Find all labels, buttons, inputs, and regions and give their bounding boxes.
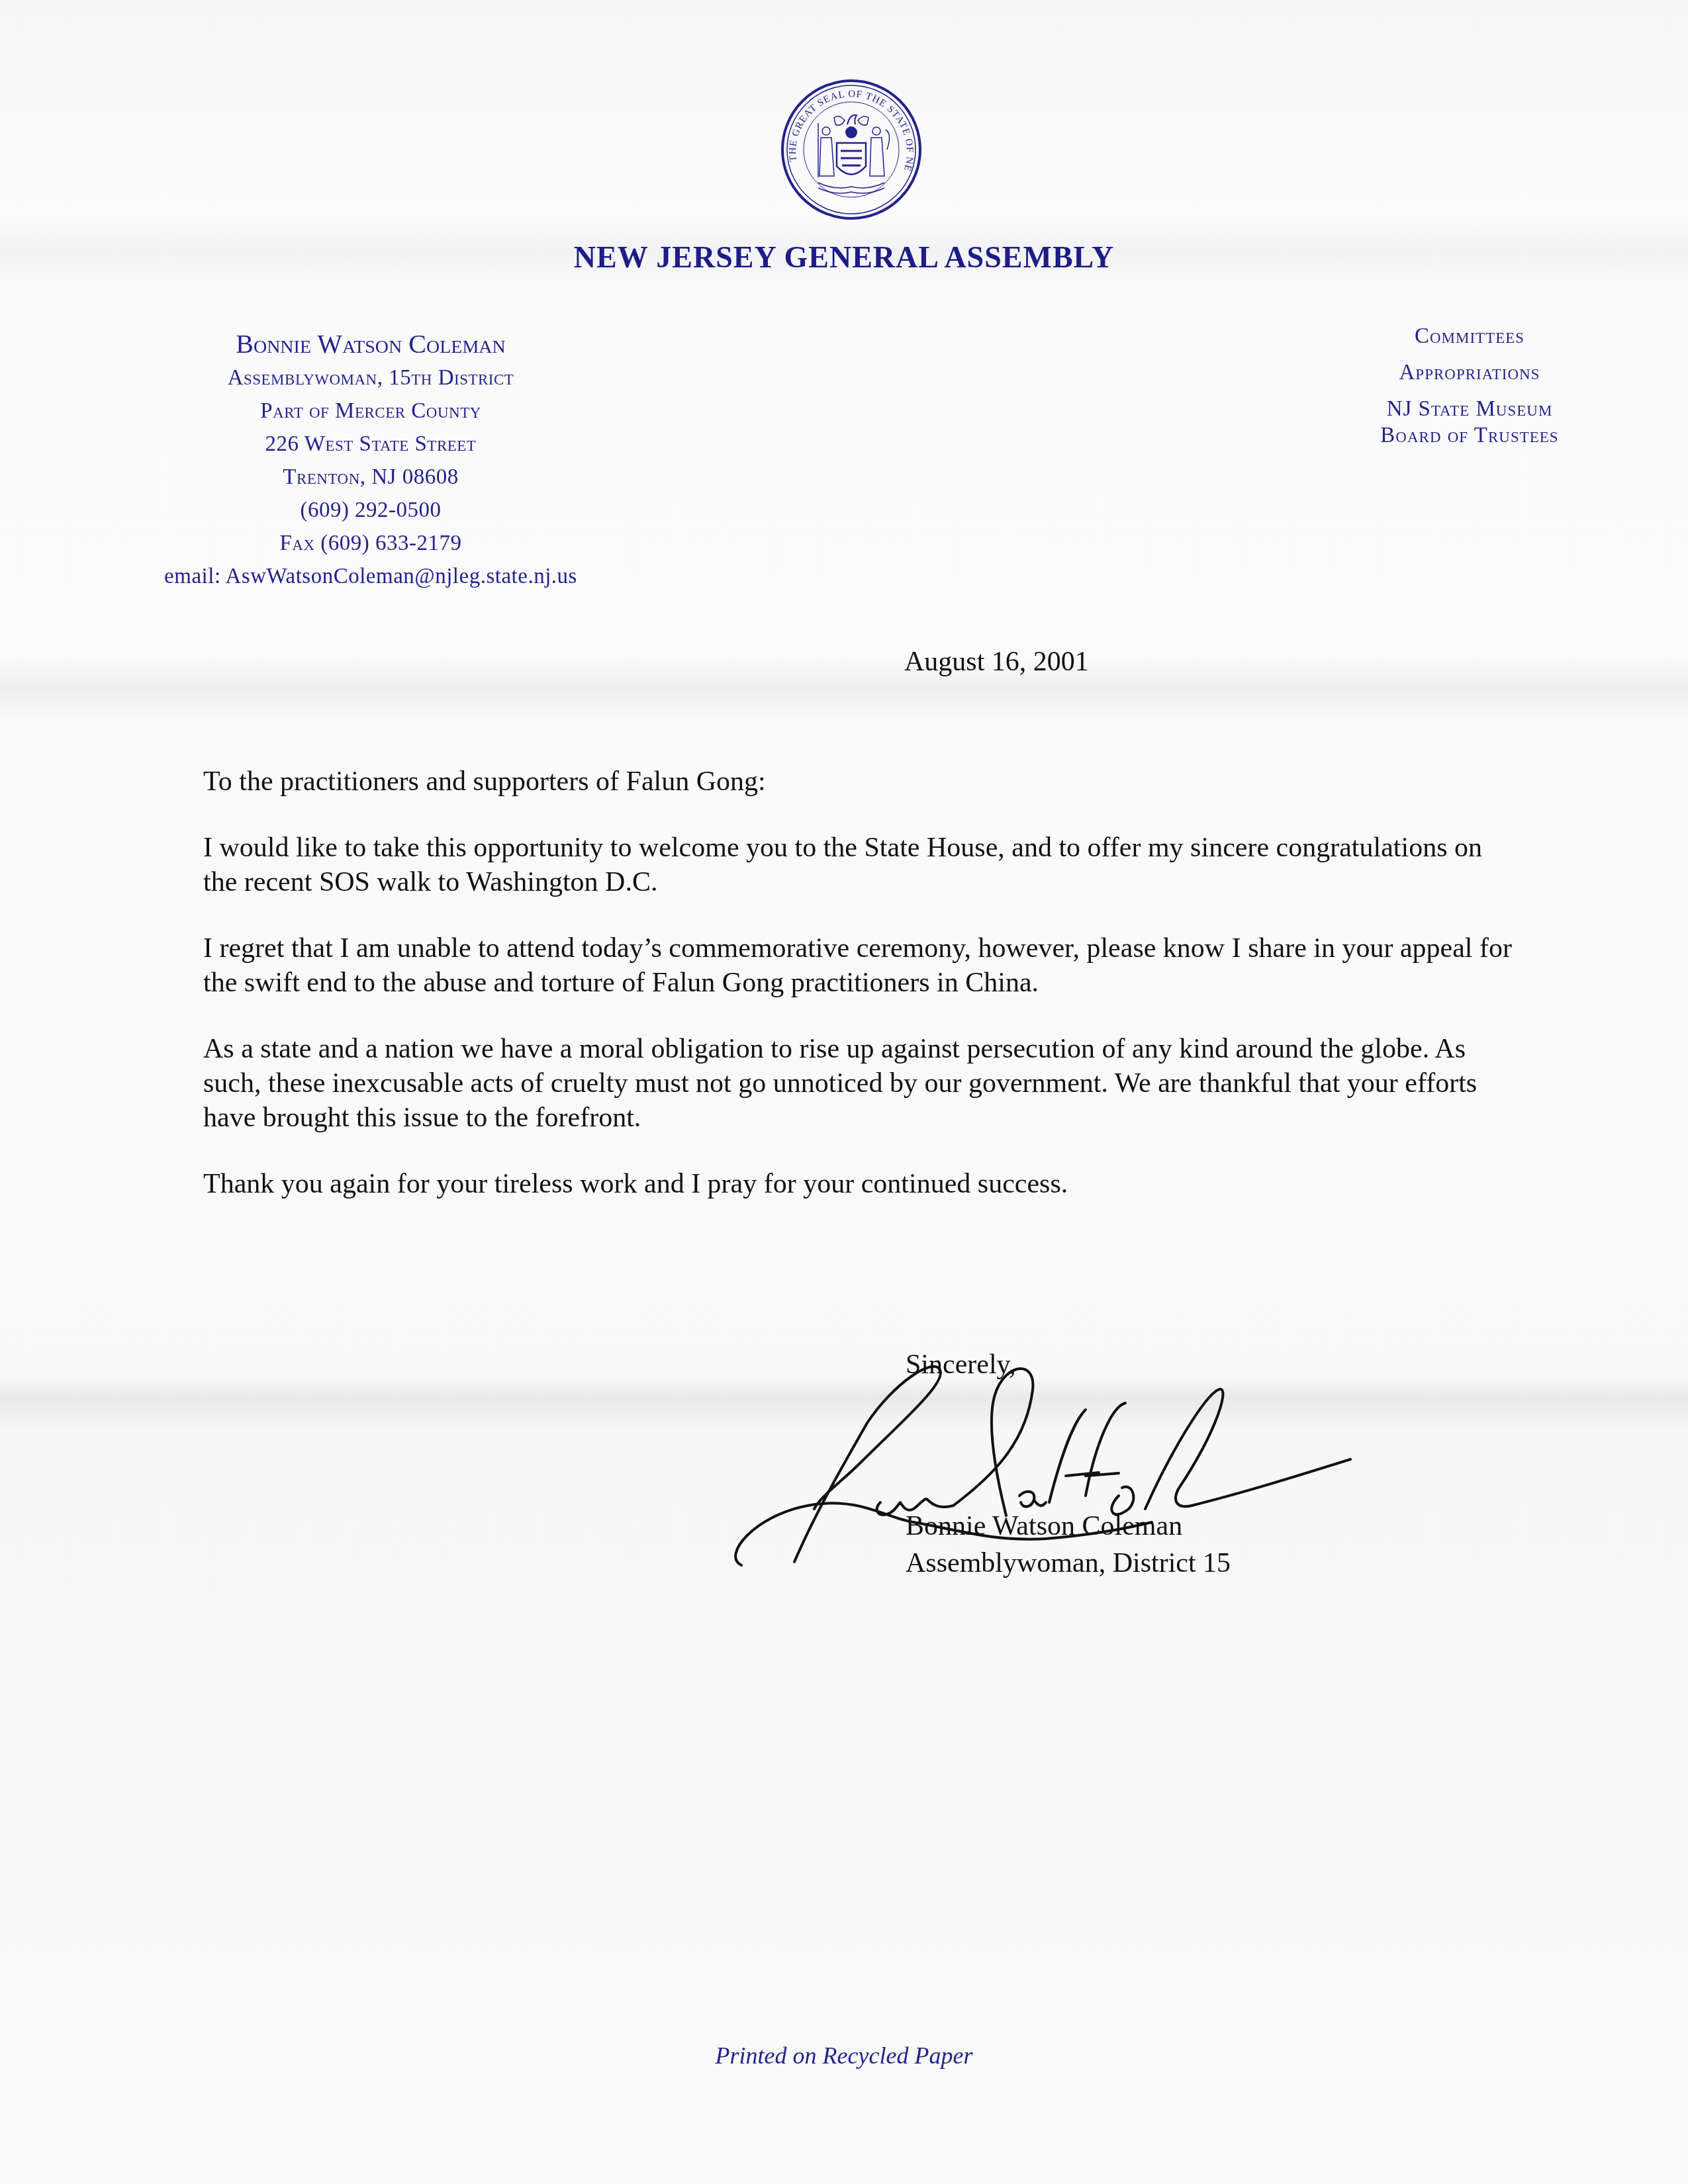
committees-block: Committees Appropriations NJ State Museu… <box>1317 324 1622 449</box>
salutation: To the practitioners and supporters of F… <box>203 764 1514 799</box>
office-fax: Fax (609) 633-2179 <box>99 527 642 560</box>
body-paragraph: As a state and a nation we have a moral … <box>203 1032 1514 1135</box>
member-name: Bonnie Watson Coleman <box>99 327 642 361</box>
letter-date: August 16, 2001 <box>904 646 1089 678</box>
committee-item: NJ State Museum <box>1317 396 1622 422</box>
member-title: Assemblywoman, 15th District <box>99 361 642 394</box>
state-seal-icon: THE GREAT SEAL OF THE STATE OF NEW JERSE… <box>778 77 924 222</box>
committee-item: Appropriations <box>1317 361 1622 385</box>
recycled-paper-note: Printed on Recycled Paper <box>0 2042 1688 2070</box>
office-email: email: AswWatsonColeman@njleg.state.nj.u… <box>99 560 642 593</box>
member-area: Part of Mercer County <box>99 394 642 428</box>
member-contact-block: Bonnie Watson Coleman Assemblywoman, 15t… <box>99 327 642 593</box>
organization-title: NEW JERSEY GENERAL ASSEMBLY <box>0 240 1688 275</box>
body-paragraph: Thank you again for your tireless work a… <box>203 1167 1514 1201</box>
office-city: Trenton, NJ 08608 <box>99 461 642 494</box>
committees-heading: Committees <box>1317 324 1622 349</box>
office-street: 226 West State Street <box>99 428 642 461</box>
letter-page: THE GREAT SEAL OF THE STATE OF NEW JERSE… <box>0 0 1688 2184</box>
office-phone: (609) 292-0500 <box>99 494 642 527</box>
body-paragraph: I regret that I am unable to attend toda… <box>203 931 1514 1000</box>
handwritten-signature-icon <box>715 1343 1509 1608</box>
body-paragraph: I would like to take this opportunity to… <box>203 831 1514 899</box>
letter-body: To the practitioners and supporters of F… <box>203 764 1514 1233</box>
committee-item: Board of Trustees <box>1317 422 1622 449</box>
